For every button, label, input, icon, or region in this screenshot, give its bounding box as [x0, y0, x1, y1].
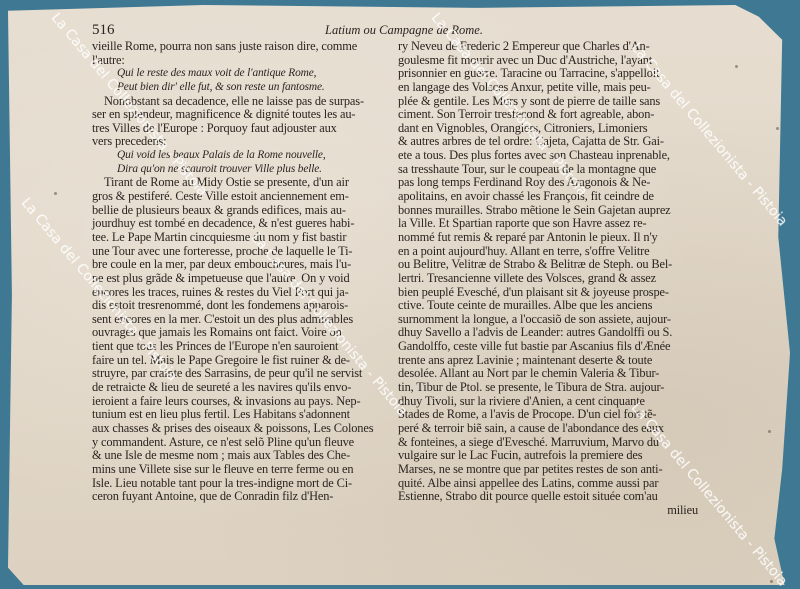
foxing-spot	[768, 430, 771, 433]
foxing-spot	[776, 127, 779, 130]
text-line: vulgaire sur le Lac Fucin, autrefois la …	[398, 449, 698, 463]
text-line: bonnes murailles. Strabo mẽtione le Sein…	[398, 204, 698, 218]
text-line: tres Villes de l'Europe : Porquoy faut a…	[92, 122, 392, 136]
text-line: ouvrages que jamais les Romains ont faic…	[92, 326, 392, 340]
text-line: ctive. Toute ceinte de murailles. Albe q…	[398, 299, 698, 313]
text-line: ne est plus grãde & impetueuse que l'aut…	[92, 272, 392, 286]
text-line: pas long temps Ferdinand Roy des Aragono…	[398, 176, 698, 190]
text-line: Qui void les beaux Palais de la Rome nou…	[92, 149, 392, 163]
text-line: nommé fut remis & reparé par Antonin le …	[398, 231, 698, 245]
text-line: sent encores en la mer. C'estoit un des …	[92, 313, 392, 327]
text-line: ciment. Son Terroir tresfecond & fort ag…	[398, 108, 698, 122]
text-line: Qui le reste des maux voit de l'antique …	[92, 67, 392, 81]
page-number: 516	[92, 22, 115, 39]
text-line: dis estoit tresrenommé, dont les fondeme…	[92, 299, 392, 313]
text-line: la Ville. Et Spartian raporte que son Ha…	[398, 217, 698, 231]
text-line: une Tour avec une forteresse, proche de …	[92, 245, 392, 259]
text-line: quité. Albe ainsi appellee des Latins, c…	[398, 477, 698, 491]
text-line: dhuy Tivoli, sur la riviere d'Anien, a c…	[398, 395, 698, 409]
foxing-spot	[770, 580, 773, 583]
text-line: de retraicte & lieu de seureté a les nav…	[92, 381, 392, 395]
text-line: goulesme fit mourir avec un Duc d'Austri…	[398, 54, 698, 68]
text-line: ete a tous. Des plus fortes avec son Cha…	[398, 149, 698, 163]
text-line: ieroient a faire leurs courses, & invasi…	[92, 395, 392, 409]
text-line: apolitains, en avoir chassé les François…	[398, 190, 698, 204]
text-line: lertri. Tresancienne villete des Volsces…	[398, 272, 698, 286]
text-line: mins une Villete sise sur le fleuve en t…	[92, 463, 392, 477]
text-line: Marses, ne se montre que par petites res…	[398, 463, 698, 477]
text-line: & fonteines, a siege d'Evesché. Marruviu…	[398, 436, 698, 450]
text-line: tin, Tibur de Ptol. se presente, le Tibu…	[398, 381, 698, 395]
text-line: faire un tel. Mais le Pape Gregoire le f…	[92, 354, 392, 368]
text-line: en langage des Volsces Anxur, petite vil…	[398, 81, 698, 95]
text-line: Stades de Rome, a l'avis de Procope. D'u…	[398, 408, 698, 422]
text-line: tee. Le Pape Martin cincquiesme du nom y…	[92, 231, 392, 245]
text-line: ry Neveu de Frederic 2 Empereur que Char…	[398, 40, 698, 54]
text-line: bellie de plusieurs beaux & grands edifi…	[92, 204, 392, 218]
text-line: desolée. Allant au Nort par le chemin Va…	[398, 367, 698, 381]
text-line: l'autre:	[92, 54, 392, 68]
text-line: bien peuplé Evesché, d'un plaisant sit &…	[398, 286, 698, 300]
text-line: sa tresshaute Tour, sur le coupeau de la…	[398, 163, 698, 177]
text-line: vers precedens:	[92, 135, 392, 149]
text-line: gros & pestiferé. Ceste Ville estoit anc…	[92, 190, 392, 204]
text-line: struyre, par crainte des Sarrasins, de p…	[92, 367, 392, 381]
text-line: tunium est en lieu plus fertil. Les Habi…	[92, 408, 392, 422]
text-line: Nonobstant sa decadence, elle ne laisse …	[92, 95, 392, 109]
text-line: peré & terroir biẽ sain, a cause de l'ab…	[398, 422, 698, 436]
text-line: Isle. Lieu notable tant pour la tres-ind…	[92, 477, 392, 491]
text-line: & autres arbres de tel ordre: Cajeta, Ca…	[398, 135, 698, 149]
left-text-column: vieille Rome, pourra non sans juste rais…	[92, 40, 392, 504]
text-line: tient que tous les Princes de l'Europe n…	[92, 340, 392, 354]
text-line: milieu	[398, 504, 698, 518]
text-line: trente ans aprez Lavinie ; maintenant de…	[398, 354, 698, 368]
text-line: Tirant de Rome au Midy Ostie se presente…	[92, 176, 392, 190]
text-line: dant en Vignobles, Orangiers, Citroniers…	[398, 122, 698, 136]
text-line: Dira qu'on ne scauroit trouver Ville plu…	[92, 163, 392, 177]
running-title: Latium ou Campagne de Rome.	[325, 23, 483, 38]
text-line: Gandolffo, ceste ville fut bastie par As…	[398, 340, 698, 354]
text-line: aux chasses & prises des oiseaux & poiss…	[92, 422, 392, 436]
text-line: & une Isle de mesme nom ; mais aux Table…	[92, 449, 392, 463]
text-line: bre coule en la mer, par deux emboucheur…	[92, 258, 392, 272]
text-line: vieille Rome, pourra non sans juste rais…	[92, 40, 392, 54]
text-line: ou Belitre, Velitræ de Strabo & Belitræ …	[398, 258, 698, 272]
text-line: surnomment la longue, a l'occasiõ de son…	[398, 313, 698, 327]
foxing-spot	[735, 65, 738, 68]
foxing-spot	[54, 192, 57, 195]
text-line: plée & gentile. Les Murs y sont de pierr…	[398, 95, 698, 109]
text-line: dhuy Savello a l'advis de Leander: autre…	[398, 326, 698, 340]
text-line: en a point aujourd'huy. Allant en terre,…	[398, 245, 698, 259]
text-line: y commandent. Asture, ce n'est selõ Plin…	[92, 436, 392, 450]
right-text-column: ry Neveu de Frederic 2 Empereur que Char…	[398, 40, 698, 517]
text-line: encores les traces, ruines & restes du V…	[92, 286, 392, 300]
text-line: ser en splendeur, magnificence & dignité…	[92, 108, 392, 122]
text-line: ceron fuyant Antoine, que de Conradin fi…	[92, 490, 392, 504]
page-header: 516 Latium ou Campagne de Rome.	[92, 22, 732, 38]
text-line: prisonnier en guerre. Taracine ou Tarrac…	[398, 67, 698, 81]
text-line: jourdhuy est tombé en decadence, & n'est…	[92, 217, 392, 231]
text-line: Estienne, Strabo dit pource quelle estoi…	[398, 490, 698, 504]
text-line: Peut bien dir' elle fut, & son reste un …	[92, 81, 392, 95]
